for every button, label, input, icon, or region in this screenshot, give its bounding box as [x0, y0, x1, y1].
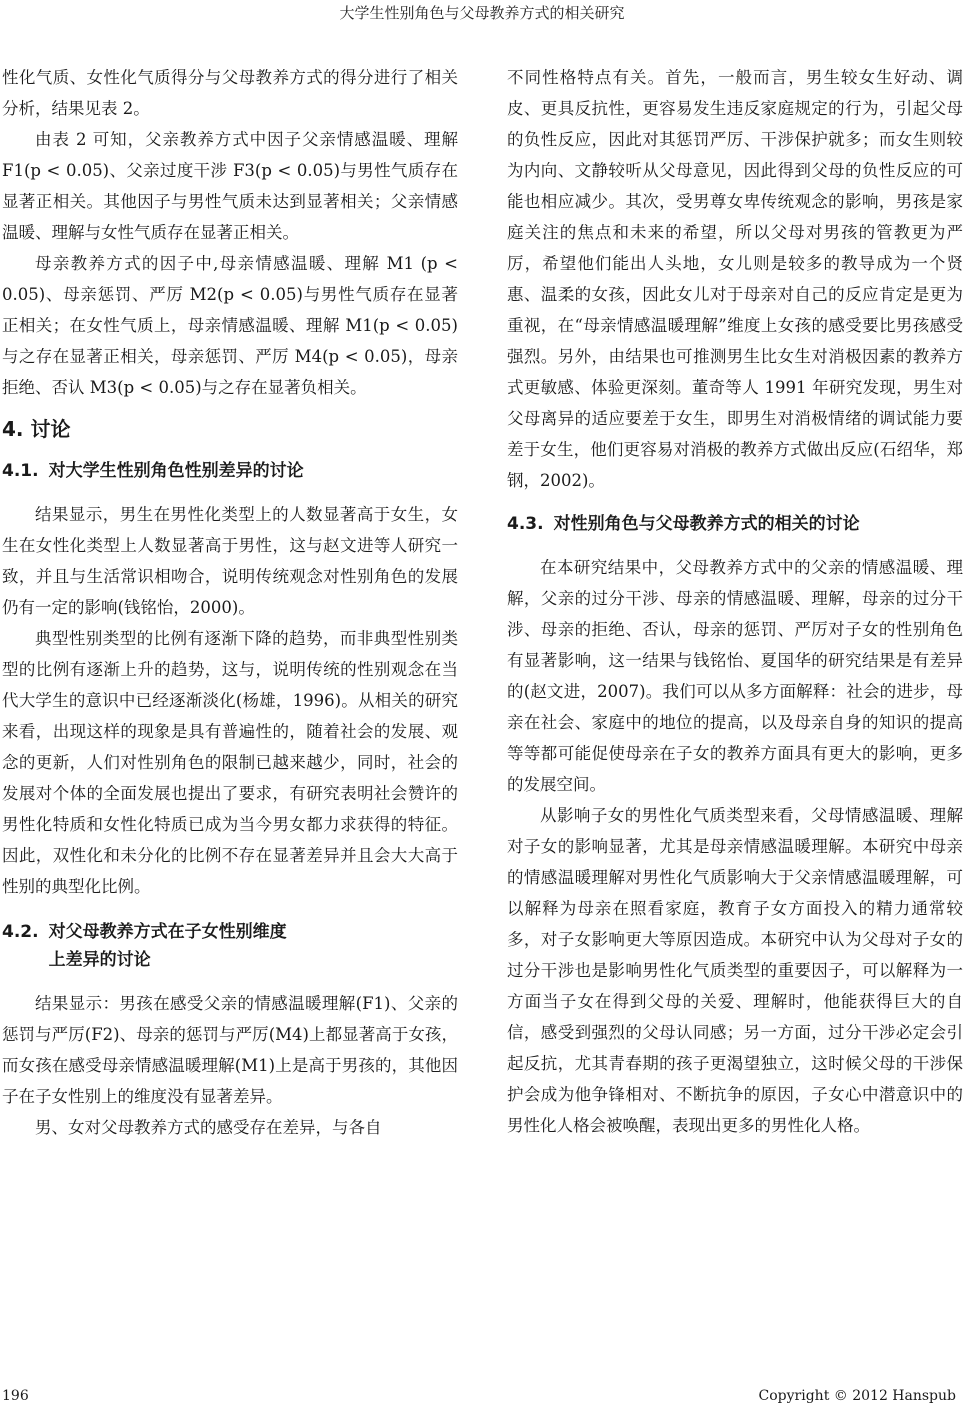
- running-header-title: 大学生性别角色与父母教养方式的相关研究: [0, 2, 964, 23]
- section-heading-4-1: 4.1. 对大学生性别角色性别差异的讨论: [2, 457, 458, 485]
- section-title: 讨论: [30, 417, 70, 441]
- paragraph: 由表 2 可知，父亲教养方式中因子父亲情感温暖、理解 F1(p < 0.05)、…: [2, 124, 458, 248]
- section-title: 对父母教养方式在子女性别维度上差异的讨论: [49, 918, 299, 974]
- section-number: 4.3.: [507, 510, 544, 538]
- section-number: 4.2.: [2, 918, 39, 974]
- paragraph: 从影响子女的男性化气质类型来看，父母情感温暖、理解对子女的影响显著，尤其是母亲情…: [507, 800, 963, 1141]
- right-column: 不同性格特点有关。首先，一般而言，男生较女生好动、调皮、更具反抗性，更容易发生违…: [507, 62, 963, 1141]
- section-heading-4-3: 4.3. 对性别角色与父母教养方式的相关的讨论: [507, 510, 963, 538]
- section-heading-4: 4. 讨论: [2, 415, 458, 443]
- left-column: 性化气质、女性化气质得分与父母教养方式的得分进行了相关分析，结果见表 2。 由表…: [2, 62, 458, 1143]
- copyright-notice: Copyright © 2012 Hanspub: [759, 1388, 956, 1404]
- section-number: 4.1.: [2, 457, 39, 485]
- page-number: 196: [2, 1388, 29, 1404]
- section-title: 对大学生性别角色性别差异的讨论: [49, 457, 458, 485]
- paragraph: 在本研究结果中，父母教养方式中的父亲的情感温暖、理解，父亲的过分干涉、母亲的情感…: [507, 552, 963, 800]
- section-title: 对性别角色与父母教养方式的相关的讨论: [554, 510, 963, 538]
- paragraph: 不同性格特点有关。首先，一般而言，男生较女生好动、调皮、更具反抗性，更容易发生违…: [507, 62, 963, 496]
- paragraph: 性化气质、女性化气质得分与父母教养方式的得分进行了相关分析，结果见表 2。: [2, 62, 458, 124]
- paragraph: 母亲教养方式的因子中,母亲情感温暖、理解 M1 (p < 0.05)、母亲惩罚、…: [2, 248, 458, 403]
- paragraph: 典型性别类型的比例有逐渐下降的趋势，而非典型性别类型的比例有逐渐上升的趋势，这与…: [2, 623, 458, 902]
- paragraph: 结果显示，男生在男性化类型上的人数显著高于女生，女生在女性化类型上人数显著高于男…: [2, 499, 458, 623]
- paragraph: 男、女对父母教养方式的感受存在差异，与各自: [2, 1112, 458, 1143]
- section-number: 4.: [2, 417, 24, 441]
- paragraph: 结果显示：男孩在感受父亲的情感温暖理解(F1)、父亲的惩罚与严厉(F2)、母亲的…: [2, 988, 458, 1112]
- section-heading-4-2: 4.2. 对父母教养方式在子女性别维度上差异的讨论: [2, 918, 458, 974]
